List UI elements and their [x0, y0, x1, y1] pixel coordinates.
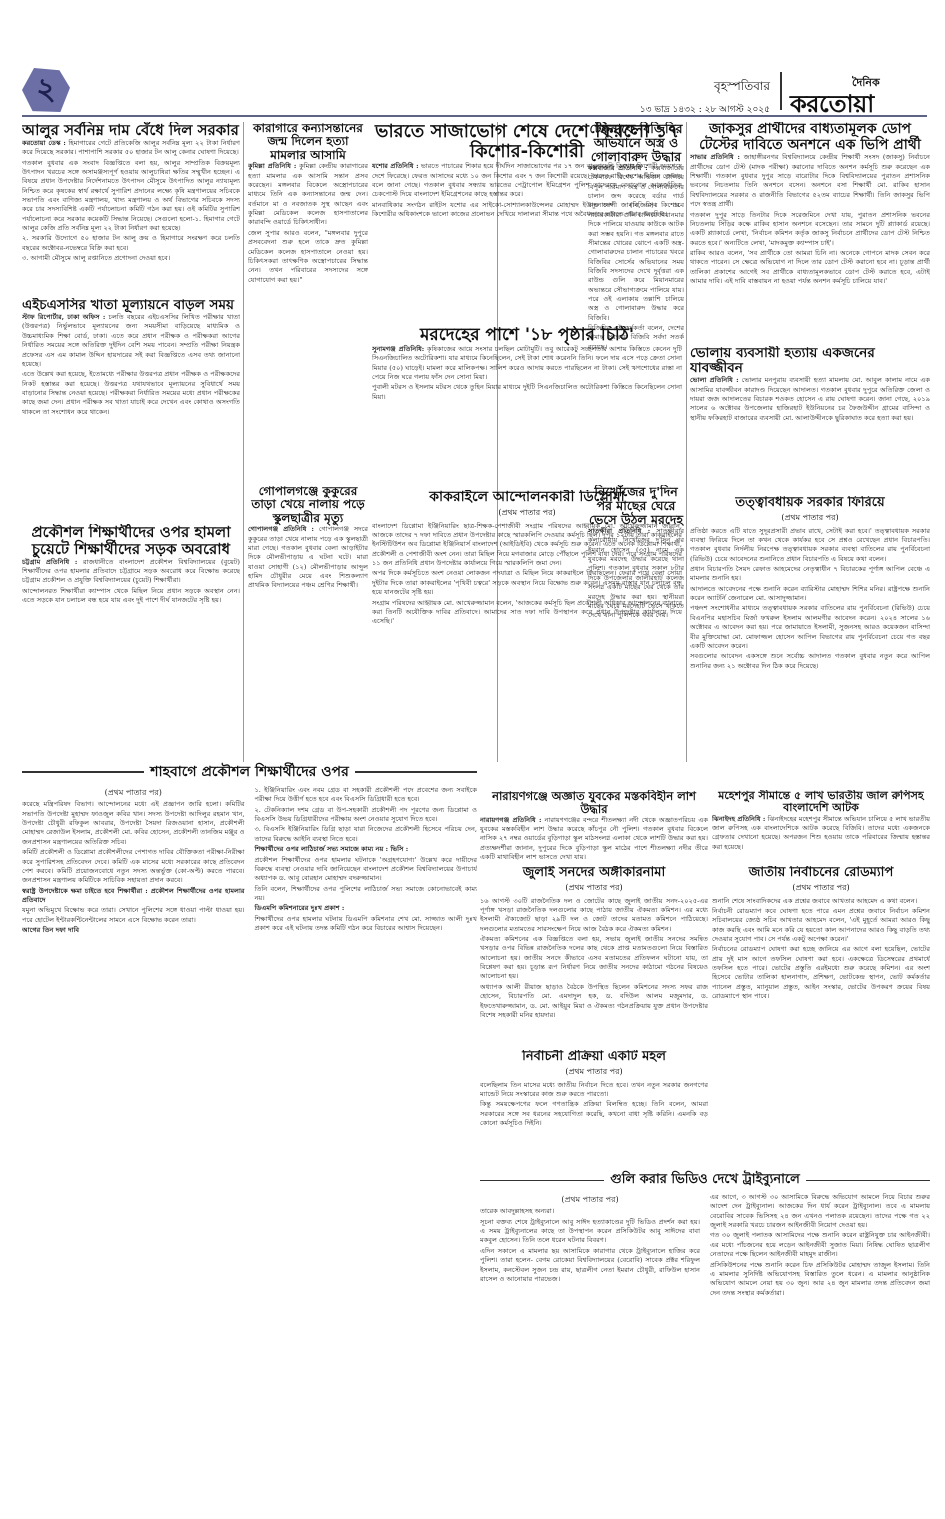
headline[interactable]: নিখোঁজের দু'দিন পর মাছের ঘেরে ভেসে উঠল ম… [588, 485, 684, 527]
byline: ঝিনাইদহ প্রতিনিধি : [712, 815, 765, 823]
article-body: গোপালগঞ্জ প্রতিনিধি : গোপালগঞ্জ সদরে কুক… [248, 525, 368, 591]
headline[interactable]: গুলি করার ভিডিও দেখে ট্রাইব্যুনালে [610, 1170, 800, 1191]
byline: সাভার প্রতিনিধি : [690, 153, 740, 161]
article-body: সাতক্ষীরা প্রতিনিধি : সাতক্ষীরার কলারোয়… [588, 527, 684, 621]
article-body: ভোলা প্রতিনিধি : ভোলার মনপুরায় ব্যবসায়… [690, 376, 930, 423]
article-caretaker[interactable]: তত্ত্বাবধায়ক সরকার ফিরিয়ে (প্রথম পাতার… [690, 496, 930, 836]
headline-rule [22, 771, 144, 773]
article-body: (প্রথম পাতার পর) করেছে মন্ত্রিপরিষদ বিভা… [22, 786, 477, 935]
article-body: সাভার প্রতিনিধি : জাহাঙ্গীরনগর বিশ্ববিদ্… [690, 153, 930, 286]
article-body: স্টাফ রিপোর্টার, ঢাকা অফিস : চলতি বছরের … [22, 313, 240, 417]
article-shahbag[interactable]: শাহবাগে প্রকৌশল শিক্ষার্থীদের ওপর (প্রথম… [22, 760, 477, 1500]
continued-label: (প্রথম পাতার পর) [690, 512, 930, 525]
byline: সাতক্ষীরা প্রতিনিধি : [588, 527, 650, 535]
article-buet[interactable]: প্রকৌশল শিক্ষার্থীদের ওপর হামলা চুয়েটে … [22, 524, 240, 754]
article-body: শুনানি শেষে সাংবাদিকদের এক প্রশ্নের জবাব… [712, 897, 930, 1002]
byline: কুমিল্লা প্রতিনিধি : [248, 162, 296, 170]
article-election-process[interactable]: নির্বাচনী প্রক্রিয়া একটি মহল (প্রথম পাত… [480, 1050, 708, 1160]
headline[interactable]: আলুর সর্বনিম্ন দাম বেঁধে দিল সরকার [22, 122, 240, 139]
article-body: চট্টগ্রাম প্রতিনিধি : রাজধানীতে বাংলাদেশ… [22, 558, 240, 606]
newspaper-logo: করতোয়া [790, 86, 874, 126]
article-hsc[interactable]: এইচএসসির খাতা মূল্যায়নে বাড়ল সময় স্টা… [22, 298, 240, 520]
continued-label: (প্রথম পাতার পর) [480, 1066, 708, 1079]
article-maheshpur[interactable]: মহেশপুর সীমান্তে ৫ লাখ ভারতীয় জাল রুপিস… [712, 790, 930, 864]
headline-rule [480, 1180, 604, 1182]
headline[interactable]: তত্ত্বাবধায়ক সরকার ফিরিয়ে [690, 496, 930, 511]
headline[interactable]: মহেশপুর সীমান্তে ৫ লাখ ভারতীয় জাল রুপিস… [712, 790, 930, 815]
headline[interactable]: প্রকৌশল শিক্ষার্থীদের ওপর হামলা চুয়েটে … [22, 524, 240, 558]
article-body: ঝিনাইদহ প্রতিনিধি : ঝিনাইদহের মহেশপুর সী… [712, 815, 930, 852]
continued-label: (প্রথম পাতার পর) [22, 787, 245, 798]
article-body: ১৬ আগস্ট ৩০টি রাজনৈতিক দল ও জোটের কাছে জ… [480, 897, 708, 1021]
article-roadmap[interactable]: জাতীয় নির্বাচনের রোডম্যাপ (প্রথম পাতার … [712, 866, 930, 1166]
column-divider [686, 122, 687, 762]
headline[interactable]: ভোলায় ব্যবসায়ী হত্যায় একজনের যাবজ্জীব… [690, 346, 930, 376]
article-body: নারায়ণগঞ্জ প্রতিনিধি : নারায়ণগঞ্জের বন… [480, 816, 708, 863]
article-july-charter[interactable]: জুলাই সনদের অঙ্গীকারনামা (প্রথম পাতার পর… [480, 866, 708, 1046]
article-body: কক্সবাজার প্রতিনিধি : কক্সবাজারের টেকনাফ… [588, 164, 684, 352]
byline: যশোর প্রতিনিধি : [372, 162, 419, 170]
article-body: প্রতিষ্ঠা করতে এটি যাতে সুদূরপ্রসারী প্র… [690, 527, 930, 671]
headline[interactable]: নারায়ণগঞ্জে অজ্ঞাত যুবকের মস্তকবিহীন লা… [480, 790, 708, 816]
headline[interactable]: এইচএসসির খাতা মূল্যায়নে বাড়ল সময় [22, 298, 240, 313]
article-satkhira[interactable]: নিখোঁজের দু'দিন পর মাছের ঘেরে ভেসে উঠল ম… [588, 485, 684, 760]
headline[interactable]: গোপালগঞ্জে কুকুরের তাড়া খেয়ে নালায় পড… [248, 485, 368, 525]
article-prison[interactable]: কারাগারে কন্যাসন্তানের জন্ম দিলেন হত্যা … [248, 122, 368, 462]
masthead: ২ বৃহস্পতিবার ১৩ ভাদ্র ১৪৩২ : ২৮ আগস্ট ২… [0, 0, 945, 115]
article-potato[interactable]: আলুর সর্বনিম্ন দাম বেঁধে দিল সরকার করতোয… [22, 122, 240, 292]
headline-rule [355, 771, 477, 773]
article-body: (প্রথম পাতার পর) তারেক আবদুল্লাহসহ অন্যর… [480, 1193, 930, 1298]
weekday: বৃহস্পতিবার [640, 78, 770, 98]
headline[interactable]: শাহবাগে প্রকৌশল শিক্ষার্থীদের ওপর [150, 760, 349, 784]
headline[interactable]: জুলাই সনদের অঙ্গীকারনামা [480, 866, 708, 881]
headline[interactable]: জাতীয় নির্বাচনের রোডম্যাপ [712, 866, 930, 881]
byline: কক্সবাজার প্রতিনিধি : [588, 164, 648, 172]
article-body: বলেছিলাম তিন মাসের মধ্যে জাতীয় নির্বাচন… [480, 1081, 708, 1129]
article-teknaf[interactable]: টেকনাফে বিজিবির অভিযানে অস্ত্র ও গোলাবার… [588, 122, 684, 482]
headline[interactable]: টেকনাফে বিজিবির অভিযানে অস্ত্র ও গোলাবার… [588, 122, 684, 164]
article-tribunal[interactable]: গুলি করার ভিডিও দেখে ট্রাইব্যুনালে (প্রথ… [480, 1170, 930, 1500]
headline[interactable]: নির্বাচনী প্রক্রিয়া একটি মহল [480, 1050, 708, 1065]
continued-label: (প্রথম পাতার পর) [480, 882, 708, 895]
headline[interactable]: কারাগারে কন্যাসন্তানের জন্ম দিলেন হত্যা … [248, 122, 368, 162]
headline[interactable]: জাকসুর প্রার্থীদের বাধ্যতামূলক ডোপ টেস্ট… [690, 122, 930, 153]
byline: স্টাফ রিপোর্টার, ঢাকা অফিস : [22, 313, 105, 321]
headline-rule [806, 1180, 930, 1182]
date-block: বৃহস্পতিবার ১৩ ভাদ্র ১৪৩২ : ২৮ আগস্ট ২০২… [640, 78, 770, 117]
article-body: করতোয়া ডেস্ক : হিমাগারের গেটে প্রতিকেজি… [22, 139, 240, 264]
byline: চট্টগ্রাম প্রতিনিধি : [22, 558, 77, 566]
byline: গোপালগঞ্জ প্রতিনিধি : [248, 525, 314, 533]
continued-label: (প্রথম পাতার পর) [712, 882, 930, 895]
column-divider [243, 122, 244, 762]
byline: করতোয়া ডেস্ক : [22, 139, 66, 147]
byline: ভোলা প্রতিনিধি : [690, 376, 739, 384]
masthead-separator [780, 72, 782, 110]
article-body: কুমিল্লা প্রতিনিধি : কুমিল্লা কেন্দ্রীয়… [248, 162, 368, 285]
byline: নারায়ণগঞ্জ প্রতিনিধি : [480, 816, 541, 824]
article-narayanganj[interactable]: নারায়ণগঞ্জে অজ্ঞাত যুবকের মস্তকবিহীন লা… [480, 790, 708, 866]
page-number-badge: ২ [22, 68, 70, 112]
article-bhola[interactable]: ভোলায় ব্যবসায়ী হত্যায় একজনের যাবজ্জীব… [690, 346, 930, 492]
article-jaksu[interactable]: জাকসুর প্রার্থীদের বাধ্যতামূলক ডোপ টেস্ট… [690, 122, 930, 342]
article-dog[interactable]: গোপালগঞ্জে কুকুরের তাড়া খেয়ে নালায় পড… [248, 485, 368, 755]
continued-label: (প্রথম পাতার পর) [480, 1194, 700, 1205]
byline: সুনামগঞ্জ প্রতিনিধি: [372, 345, 424, 353]
masthead-rule [22, 115, 927, 117]
